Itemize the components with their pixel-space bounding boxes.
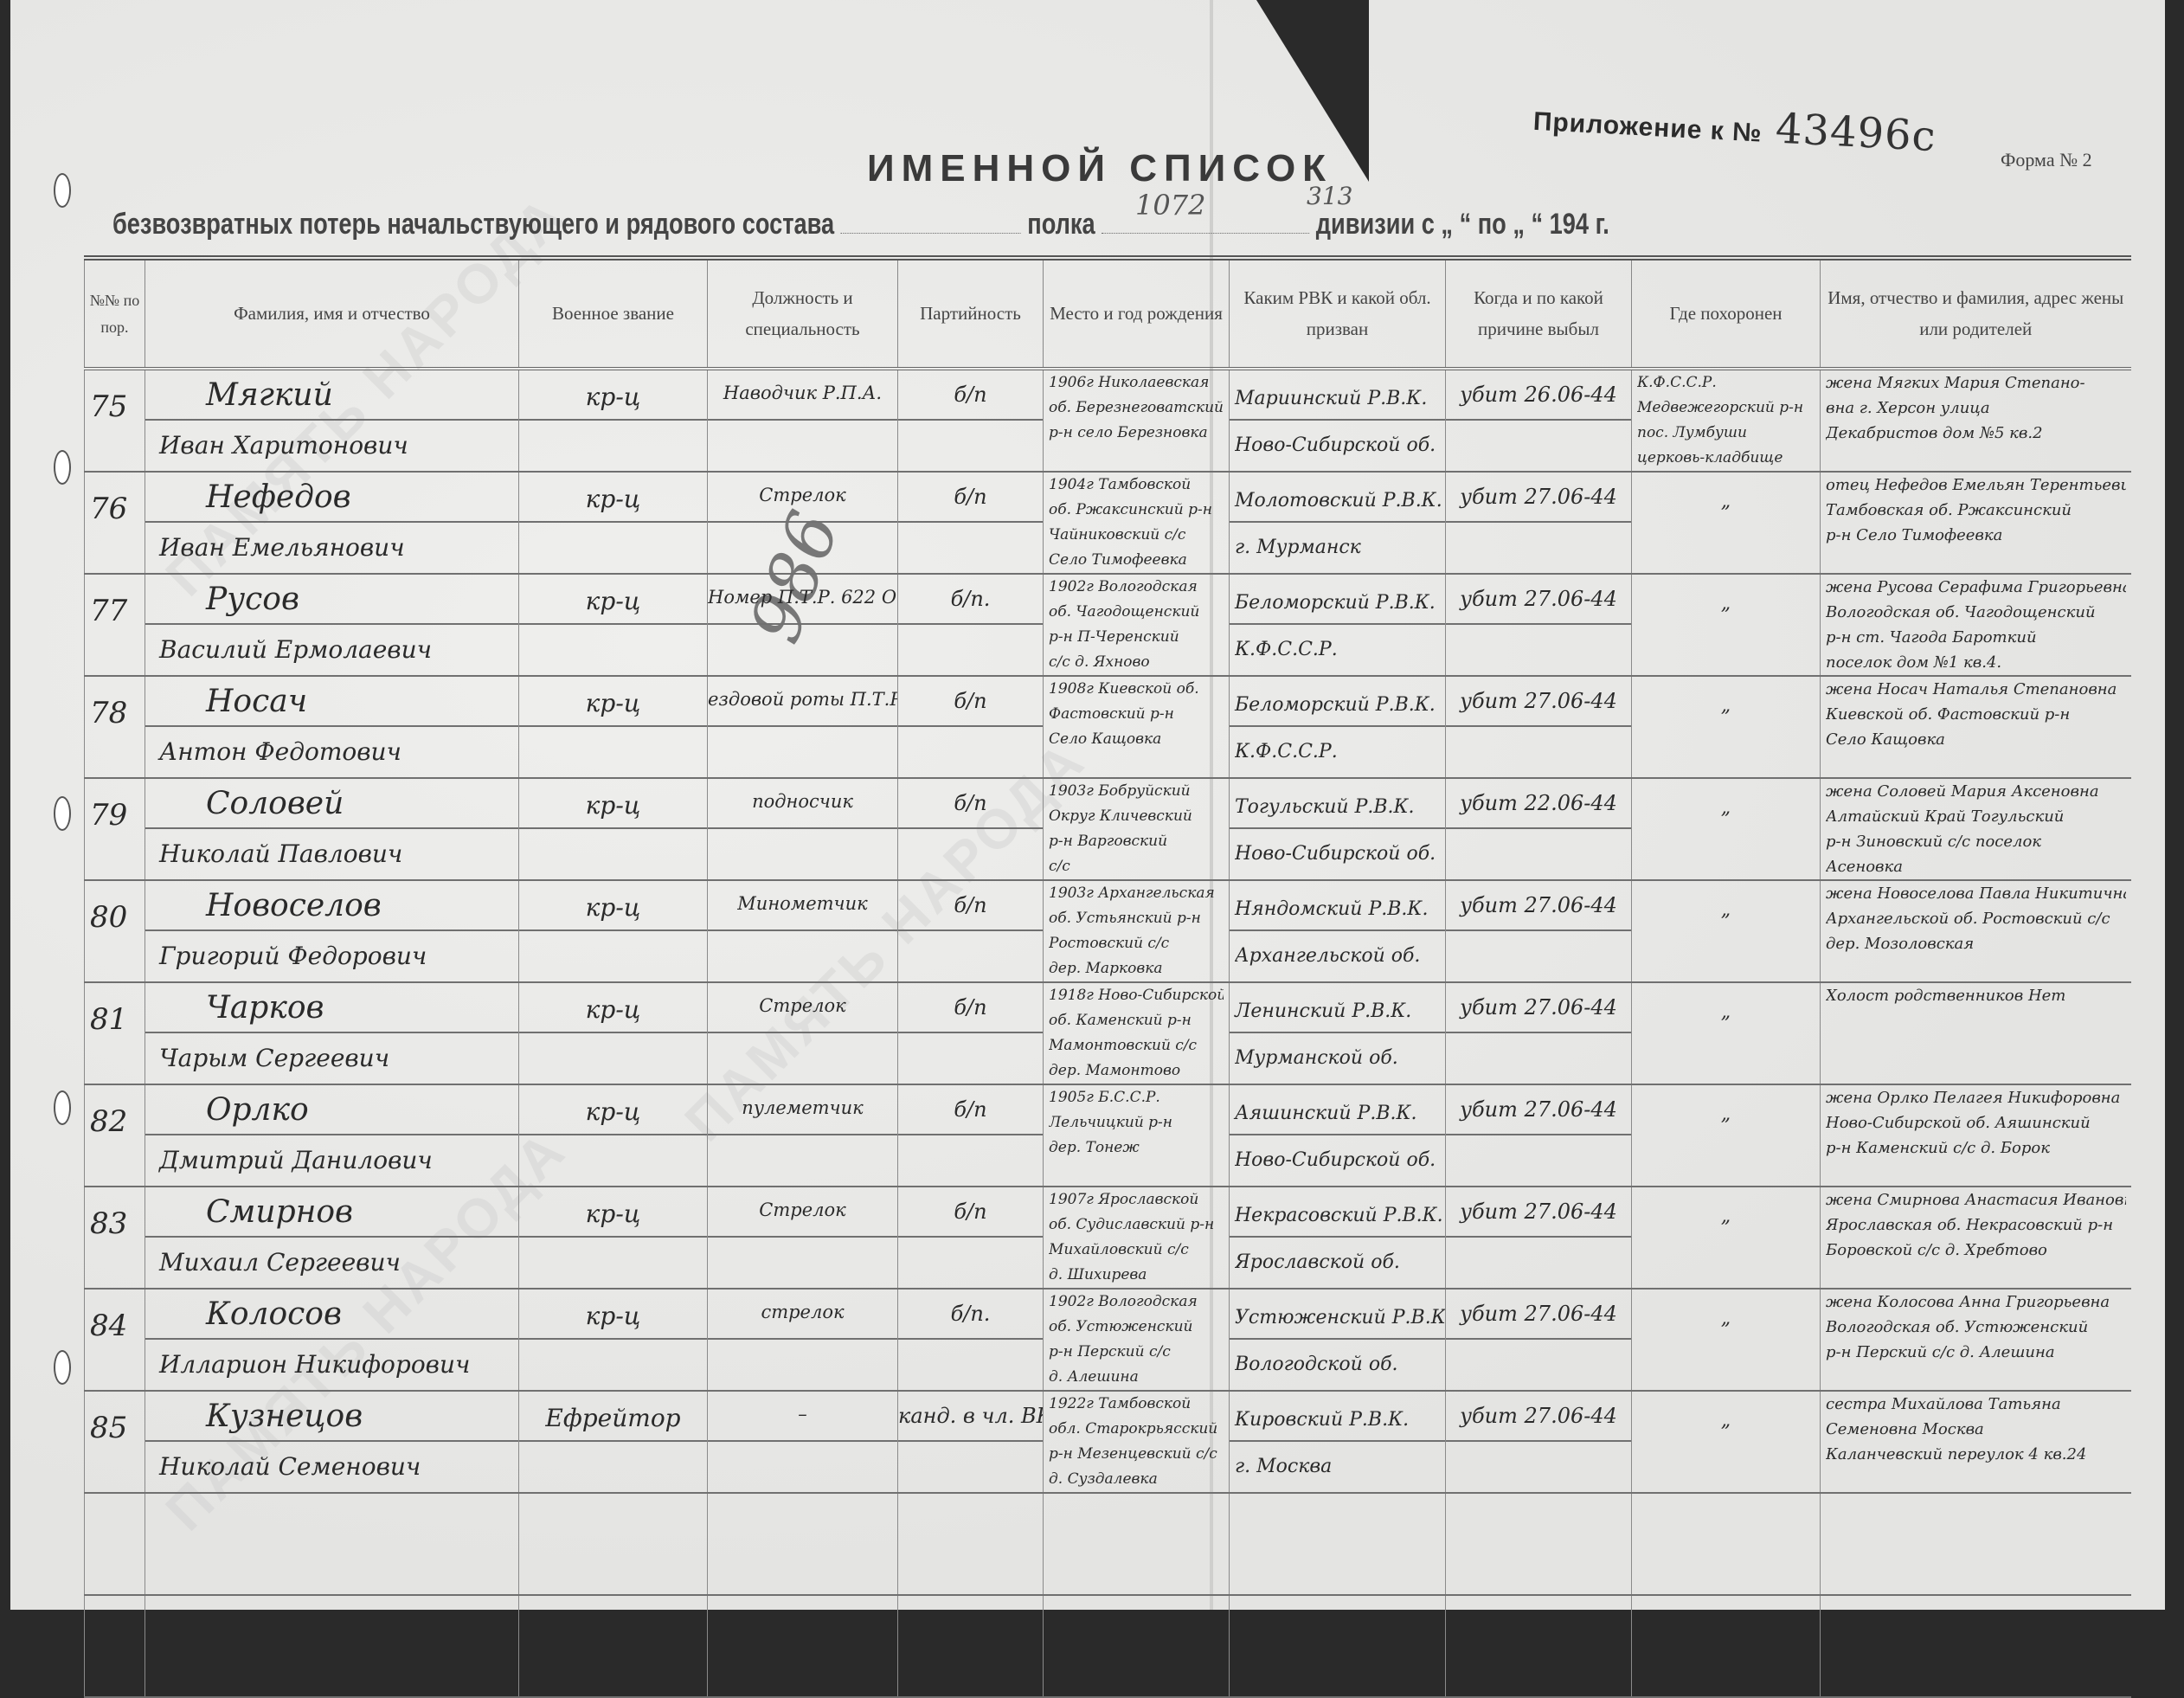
column-header-party: Партийность [898, 258, 1044, 369]
table-row: 80НовоселовГригорий Федоровичкр-цМиномет… [85, 880, 2131, 982]
birth-line: д. Суздалевка [1049, 1467, 1224, 1492]
table-row: 85КузнецовНиколай СеменовичЕфрейтор–канд… [85, 1391, 2131, 1493]
relative-line: р-н ст. Чагода Бароткий [1826, 625, 2126, 650]
position: ездовой роты П.Т.Р. [708, 677, 897, 727]
column-header-name: Фамилия, имя и отчество [145, 258, 519, 369]
death-reason-date: убит 27.06-44 [1446, 677, 1631, 727]
birth-line: Ростовский с/с [1049, 931, 1224, 956]
rvk-region: Ново-Сибирской об. [1235, 1135, 1440, 1171]
birth-line: Михайловский с/с [1049, 1238, 1224, 1263]
party-membership: б/п [898, 1187, 1043, 1238]
relatives-cell: жена Соловей Мария АксеновнаАлтайский Кр… [1821, 778, 2131, 880]
birth-line: дер. Марковка [1049, 956, 1224, 981]
burial-cell: „ [1632, 778, 1821, 880]
rank-cell: кр-ц [519, 1084, 708, 1187]
rvk-region: Ново-Сибирской об. [1235, 421, 1440, 456]
position-cell: Стрелок [708, 472, 898, 574]
burial-cell: „ [1632, 880, 1821, 982]
table-row: 76НефедовИван Емельяновичкр-цСтрелокб/п1… [85, 472, 2131, 574]
birth-line: д. Алешина [1049, 1365, 1224, 1390]
rvk-district: Некрасовский Р.В.К. [1230, 1187, 1445, 1238]
last-name: Мягкий [145, 370, 518, 421]
death-reason-date: убит 27.06-44 [1446, 1085, 1631, 1135]
relatives-cell: отец Нефедов Емельян ТерентьевичТамбовск… [1821, 472, 2131, 574]
birth-line: 1902г Вологодская [1049, 575, 1224, 600]
first-name-patronymic: Илларион Никифорович [151, 1340, 513, 1390]
relatives-cell: жена Смирнова Анастасия ИвановнаЯрославс… [1821, 1187, 2131, 1289]
column-header-contact: Имя, отчество и фамилия, адрес жены или … [1821, 258, 2131, 369]
relative-line: жена Мягких Мария Степано- [1826, 370, 2126, 396]
military-rank: кр-ц [519, 1187, 707, 1238]
birth-cell: 1903г БобруйскийОкруг Кличевскийр-н Варг… [1044, 778, 1230, 880]
relative-line: Архангельской об. Ростовский с/с [1826, 906, 2126, 931]
table-row: 84КолосовИлларион Никифоровичкр-цстрелок… [85, 1289, 2131, 1391]
birth-line: 1907г Ярославской [1049, 1187, 1224, 1212]
birth-line: Чайниковский с/с [1049, 523, 1224, 548]
relative-line: вна г. Херсон улица [1826, 396, 2126, 421]
relative-line: Асеновка [1826, 854, 2126, 879]
burial-cell: „ [1632, 1084, 1821, 1187]
position-cell: подносчик [708, 778, 898, 880]
rvk-cell: Тогульский Р.В.К.Ново-Сибирской об. [1230, 778, 1446, 880]
burial-line: К.Ф.С.С.Р. [1637, 370, 1815, 396]
empty-table-row [85, 1493, 2131, 1595]
rvk-cell: Устюженский Р.В.К.Вологодской об. [1230, 1289, 1446, 1391]
burial-cell: „ [1632, 1289, 1821, 1391]
birth-cell: 1905г Б.С.С.Р.Лельчицкий р-ндер. Тонеж [1044, 1084, 1230, 1187]
position-cell: Стрелок [708, 982, 898, 1084]
table-row: 81ЧарковЧарым Сергеевичкр-цСтрелокб/п191… [85, 982, 2131, 1084]
annex-stamp: Приложение к № 43496с [1532, 92, 1937, 161]
column-header-number: №№ по пор. [85, 258, 145, 369]
party-membership: б/п. [898, 1290, 1043, 1340]
archive-document-page: ПАМЯТЬ НАРОДА ПАМЯТЬ НАРОДА ПАМЯТЬ НАРОД… [10, 0, 2165, 1610]
rvk-region: г. Москва [1235, 1442, 1440, 1477]
position: подносчик [708, 779, 897, 829]
rvk-region: Ярославской об. [1235, 1238, 1440, 1273]
birth-line: об. Березнеговатский [1049, 396, 1224, 421]
reason-cell: убит 27.06-44 [1446, 1187, 1632, 1289]
party-membership: б/п [898, 881, 1043, 931]
military-rank: кр-ц [519, 983, 707, 1033]
birth-line: об. Устюженский [1049, 1315, 1224, 1340]
party-membership: б/п [898, 370, 1043, 421]
rvk-cell: Кировский Р.В.К.г. Москва [1230, 1391, 1446, 1493]
relative-line: жена Смирнова Анастасия Ивановна [1826, 1187, 2126, 1212]
rank-cell: кр-ц [519, 574, 708, 676]
ditto-mark: „ [1637, 1392, 1815, 1433]
party-cell: б/п [898, 1084, 1044, 1187]
full-name-cell: КузнецовНиколай Семенович [145, 1391, 519, 1493]
rank-cell: кр-ц [519, 472, 708, 574]
table-row: 75МягкийИван Харитоновичкр-цНаводчик Р.П… [85, 369, 2131, 472]
full-name-cell: МягкийИван Харитонович [145, 369, 519, 472]
first-name-patronymic: Иван Емельянович [151, 523, 513, 573]
relative-line: жена Соловей Мария Аксеновна [1826, 779, 2126, 804]
rvk-cell: Аяшинский Р.В.К.Ново-Сибирской об. [1230, 1084, 1446, 1187]
birth-line: р-н П-Черенский [1049, 625, 1224, 650]
position-cell: пулеметчик [708, 1084, 898, 1187]
relative-line: Ярославская об. Некрасовский р-н [1826, 1212, 2126, 1238]
relative-line: Алтайский Край Тогульский [1826, 804, 2126, 829]
military-rank: кр-ц [519, 575, 707, 625]
division-number: 313 [1307, 182, 1352, 210]
first-name-patronymic: Чарым Сергеевич [151, 1033, 513, 1084]
military-rank: кр-ц [519, 1085, 707, 1135]
rank-cell: кр-ц [519, 880, 708, 982]
position-cell: Наводчик Р.П.А. [708, 369, 898, 472]
reason-cell: убит 27.06-44 [1446, 676, 1632, 778]
birth-line: дер. Тонеж [1049, 1135, 1224, 1161]
column-header-birth: Место и год рождения [1044, 258, 1230, 369]
death-reason-date: убит 27.06-44 [1446, 575, 1631, 625]
burial-cell: „ [1632, 982, 1821, 1084]
full-name-cell: СоловейНиколай Павлович [145, 778, 519, 880]
burial-cell: „ [1632, 574, 1821, 676]
ditto-mark: „ [1637, 1085, 1815, 1127]
last-name: Русов [145, 575, 518, 625]
position-cell: Стрелок [708, 1187, 898, 1289]
reason-cell: убит 27.06-44 [1446, 1084, 1632, 1187]
relative-line: жена Новоселова Павла Никитична [1826, 881, 2126, 906]
party-membership: б/п. [898, 575, 1043, 625]
relative-line: сестра Михайлова Татьяна [1826, 1392, 2126, 1417]
birth-line: об. Судиславский р-н [1049, 1212, 1224, 1238]
reason-cell: убит 26.06-44 [1446, 369, 1632, 472]
death-reason-date: убит 27.06-44 [1446, 1290, 1631, 1340]
burial-cell: „ [1632, 1187, 1821, 1289]
relative-line: жена Колосова Анна Григорьевна [1826, 1290, 2126, 1315]
relative-line: жена Орлко Пелагея Никифоровна [1826, 1085, 2126, 1110]
row-number: 77 [85, 574, 145, 676]
birth-line: Лельчицкий р-н [1049, 1110, 1224, 1135]
table-header-row: №№ по пор. Фамилия, имя и отчество Военн… [85, 258, 2131, 369]
table-row: 83СмирновМихаил Сергеевичкр-цСтрелокб/п1… [85, 1187, 2131, 1289]
death-reason-date: убит 27.06-44 [1446, 1392, 1631, 1442]
party-cell: б/п [898, 369, 1044, 472]
full-name-cell: КолосовИлларион Никифорович [145, 1289, 519, 1391]
rank-cell: кр-ц [519, 676, 708, 778]
punch-hole [54, 796, 71, 831]
relatives-cell: жена Мягких Мария Степано-вна г. Херсон … [1821, 369, 2131, 472]
position-cell: стрелок [708, 1289, 898, 1391]
rvk-district: Няндомский Р.В.К. [1230, 881, 1445, 931]
annex-number: 43496с [1775, 105, 1937, 162]
ditto-mark: „ [1637, 779, 1815, 820]
party-cell: б/п [898, 472, 1044, 574]
military-rank: Ефрейтор [519, 1392, 707, 1442]
relative-line: дер. Мозоловская [1826, 931, 2126, 956]
row-number: 84 [85, 1289, 145, 1391]
punch-hole [54, 1090, 71, 1125]
birth-line: 1903г Бобруйский [1049, 779, 1224, 804]
row-number: 76 [85, 472, 145, 574]
birth-line: 1902г Вологодская [1049, 1290, 1224, 1315]
rank-cell: кр-ц [519, 982, 708, 1084]
birth-line: р-н село Березновка [1049, 421, 1224, 446]
rvk-district: Мариинский Р.В.К. [1230, 370, 1445, 421]
full-name-cell: НефедовИван Емельянович [145, 472, 519, 574]
relative-line: жена Русова Серафима Григорьевна [1826, 575, 2126, 600]
position-cell: – [708, 1391, 898, 1493]
relative-line: Семеновна Москва [1826, 1417, 2126, 1442]
ditto-mark: „ [1637, 983, 1815, 1025]
birth-line: 1922г Тамбовской [1049, 1392, 1224, 1417]
last-name: Чарков [145, 983, 518, 1033]
ditto-mark: „ [1637, 575, 1815, 616]
relative-line: Ново-Сибирской об. Аяшинский [1826, 1110, 2126, 1135]
party-membership: б/п [898, 677, 1043, 727]
birth-line: Село Кащовка [1049, 727, 1224, 752]
reason-cell: убит 27.06-44 [1446, 880, 1632, 982]
position: пулеметчик [708, 1085, 897, 1135]
position: Стрелок [708, 473, 897, 523]
rank-cell: Ефрейтор [519, 1391, 708, 1493]
document-subtitle: безвозвратных потерь начальствующего и р… [112, 208, 1609, 241]
rvk-region: Вологодской об. [1235, 1340, 1440, 1375]
birth-line: 1908г Киевской об. [1049, 677, 1224, 702]
ditto-mark: „ [1637, 1290, 1815, 1331]
empty-table-row [85, 1595, 2131, 1644]
rvk-district: Тогульский Р.В.К. [1230, 779, 1445, 829]
birth-line: р-н Перский с/с [1049, 1340, 1224, 1365]
rvk-region: Архангельской об. [1235, 931, 1440, 967]
column-header-position: Должность и специальность [708, 258, 898, 369]
party-membership: б/п [898, 983, 1043, 1033]
document-title: ИМЕННОЙ СПИСОК [867, 147, 1333, 190]
birth-line: р-н Мезенцевский с/с [1049, 1442, 1224, 1467]
first-name-patronymic: Василий Ермолаевич [151, 625, 513, 675]
reason-cell: убит 22.06-44 [1446, 778, 1632, 880]
relative-line: Вологодская об. Чагодощенский [1826, 600, 2126, 625]
first-name-patronymic: Григорий Федорович [151, 931, 513, 981]
rvk-cell: Некрасовский Р.В.К.Ярославской об. [1230, 1187, 1446, 1289]
party-cell: б/п [898, 676, 1044, 778]
last-name: Нефедов [145, 473, 518, 523]
position: Стрелок [708, 1187, 897, 1238]
military-rank: кр-ц [519, 881, 707, 931]
reason-cell: убит 27.06-44 [1446, 1289, 1632, 1391]
birth-line: дер. Мамонтово [1049, 1058, 1224, 1084]
last-name: Кузнецов [145, 1392, 518, 1442]
first-name-patronymic: Антон Федотович [151, 727, 513, 777]
rvk-region: К.Ф.С.С.Р. [1235, 727, 1440, 762]
birth-cell: 1908г Киевской об.Фастовский р-нСело Кащ… [1044, 676, 1230, 778]
birth-cell: 1902г Вологодскаяоб. Чагодощенскийр-н П-… [1044, 574, 1230, 676]
last-name: Орлко [145, 1085, 518, 1135]
death-reason-date: убит 27.06-44 [1446, 881, 1631, 931]
relative-line: Село Кащовка [1826, 727, 2126, 752]
relatives-cell: жена Русова Серафима ГригорьевнаВологодс… [1821, 574, 2131, 676]
ditto-mark: „ [1637, 677, 1815, 718]
relative-line: р-н Перский с/с д. Алешина [1826, 1340, 2126, 1365]
row-number: 82 [85, 1084, 145, 1187]
burial-cell: К.Ф.С.С.Р.Медвежегорский р-нпос. Лумбуши… [1632, 369, 1821, 472]
party-cell: б/п [898, 982, 1044, 1084]
punch-hole [54, 450, 71, 485]
row-number: 83 [85, 1187, 145, 1289]
birth-line: об. Каменский р-н [1049, 1008, 1224, 1033]
reason-cell: убит 27.06-44 [1446, 1391, 1632, 1493]
relatives-cell: жена Орлко Пелагея НикифоровнаНово-Сибир… [1821, 1084, 2131, 1187]
rvk-region: Мурманской об. [1235, 1033, 1440, 1069]
reason-cell: убит 27.06-44 [1446, 472, 1632, 574]
party-cell: б/п [898, 880, 1044, 982]
casualty-roster-table: №№ по пор. Фамилия, имя и отчество Военн… [84, 255, 2131, 1644]
regiment-number: 1072 [1135, 189, 1205, 222]
relatives-cell: жена Носач Наталья СтепановнаКиевской об… [1821, 676, 2131, 778]
rvk-cell: Няндомский Р.В.К.Архангельской об. [1230, 880, 1446, 982]
relative-line: Декабристов дом №5 кв.2 [1826, 421, 2126, 446]
burial-cell: „ [1632, 676, 1821, 778]
rvk-district: Устюженский Р.В.К. [1230, 1290, 1445, 1340]
death-reason-date: убит 27.06-44 [1446, 473, 1631, 523]
party-cell: канд. в чл. ВКП(б) [898, 1391, 1044, 1493]
death-reason-date: убит 22.06-44 [1446, 779, 1631, 829]
rvk-district: Беломорский Р.В.К. [1230, 677, 1445, 727]
punch-hole [54, 173, 71, 208]
birth-cell: 1902г Вологодскаяоб. Устюженскийр-н Перс… [1044, 1289, 1230, 1391]
column-header-rank: Военное звание [519, 258, 708, 369]
relative-line: Каланчевский переулок 4 кв.24 [1826, 1442, 2126, 1467]
rvk-district: Беломорский Р.В.К. [1230, 575, 1445, 625]
burial-line: Медвежегорский р-н [1637, 396, 1815, 421]
row-number: 75 [85, 369, 145, 472]
rank-cell: кр-ц [519, 1289, 708, 1391]
birth-line: Округ Кличевский [1049, 804, 1224, 829]
position: стрелок [708, 1290, 897, 1340]
full-name-cell: НовоселовГригорий Федорович [145, 880, 519, 982]
birth-line: 1904г Тамбовской [1049, 473, 1224, 498]
relative-line: р-н Каменский с/с д. Борок [1826, 1135, 2126, 1161]
rvk-region: г. Мурманск [1235, 523, 1440, 558]
burial-line: церковь-кладбище [1637, 446, 1815, 471]
party-cell: б/п. [898, 574, 1044, 676]
rvk-cell: Мариинский Р.В.К.Ново-Сибирской об. [1230, 369, 1446, 472]
first-name-patronymic: Николай Семенович [151, 1442, 513, 1492]
subtitle-text: безвозвратных потерь начальствующего и р… [112, 208, 834, 241]
row-number: 79 [85, 778, 145, 880]
row-number: 85 [85, 1391, 145, 1493]
position-cell: Минометчик [708, 880, 898, 982]
last-name: Смирнов [145, 1187, 518, 1238]
last-name: Колосов [145, 1290, 518, 1340]
birth-line: об. Чагодощенский [1049, 600, 1224, 625]
row-number: 80 [85, 880, 145, 982]
ditto-mark: „ [1637, 473, 1815, 514]
table-row: 82ОрлкоДмитрий Даниловичкр-цпулеметчикб/… [85, 1084, 2131, 1187]
table-row: 77РусовВасилий Ермолаевичкр-цНомер П.Т.Р… [85, 574, 2131, 676]
row-number: 81 [85, 982, 145, 1084]
military-rank: кр-ц [519, 1290, 707, 1340]
position: – [708, 1392, 897, 1442]
birth-cell: 1907г Ярославскойоб. Судиславский р-нМих… [1044, 1187, 1230, 1289]
relatives-cell: жена Колосова Анна ГригорьевнаВологодска… [1821, 1289, 2131, 1391]
last-name: Соловей [145, 779, 518, 829]
relative-line: отец Нефедов Емельян Терентьевич [1826, 473, 2126, 498]
party-cell: б/п [898, 778, 1044, 880]
full-name-cell: ЧарковЧарым Сергеевич [145, 982, 519, 1084]
death-reason-date: убит 27.06-44 [1446, 1187, 1631, 1238]
military-rank: кр-ц [519, 677, 707, 727]
first-name-patronymic: Иван Харитонович [151, 421, 513, 471]
last-name: Новоселов [145, 881, 518, 931]
table-row: 79СоловейНиколай Павловичкр-цподносчикб/… [85, 778, 2131, 880]
relative-line: жена Носач Наталья Степановна [1826, 677, 2126, 702]
military-rank: кр-ц [519, 473, 707, 523]
position: Минометчик [708, 881, 897, 931]
birth-line: р-н Варговский [1049, 829, 1224, 854]
death-reason-date: убит 26.06-44 [1446, 370, 1631, 421]
rvk-cell: Молотовский Р.В.К.г. Мурманск [1230, 472, 1446, 574]
full-name-cell: ОрлкоДмитрий Данилович [145, 1084, 519, 1187]
birth-cell: 1903г Архангельскаяоб. Устьянский р-нРос… [1044, 880, 1230, 982]
punch-hole [54, 1350, 71, 1385]
burial-cell: „ [1632, 1391, 1821, 1493]
table-row: 78НосачАнтон Федотовичкр-цездовой роты П… [85, 676, 2131, 778]
position: Стрелок [708, 983, 897, 1033]
relative-line: Холост родственников Нет [1826, 983, 2126, 1008]
subtitle-division-label: дивизии с „ “ по „ “ 194 г. [1316, 208, 1609, 241]
party-cell: б/п [898, 1187, 1044, 1289]
birth-line: 1903г Архангельская [1049, 881, 1224, 906]
birth-line: Мамонтовский с/с [1049, 1033, 1224, 1058]
burial-line: пос. Лумбуши [1637, 421, 1815, 446]
rvk-district: Аяшинский Р.В.К. [1230, 1085, 1445, 1135]
position: Наводчик Р.П.А. [708, 370, 897, 421]
relative-line: Вологодская об. Устюженский [1826, 1315, 2126, 1340]
rank-cell: кр-ц [519, 369, 708, 472]
rvk-region: К.Ф.С.С.Р. [1235, 625, 1440, 660]
column-header-buried: Где похоронен [1632, 258, 1821, 369]
full-name-cell: НосачАнтон Федотович [145, 676, 519, 778]
column-header-reason: Когда и по какой причине выбыл [1446, 258, 1632, 369]
military-rank: кр-ц [519, 779, 707, 829]
row-number: 78 [85, 676, 145, 778]
full-name-cell: РусовВасилий Ермолаевич [145, 574, 519, 676]
ditto-mark: „ [1637, 1187, 1815, 1229]
ditto-mark: „ [1637, 881, 1815, 923]
birth-cell: 1904г Тамбовскойоб. Ржаксинский р-нЧайни… [1044, 472, 1230, 574]
birth-line: обл. Старокрьясский [1049, 1417, 1224, 1442]
position: Номер П.Т.Р. 622 О.П.Т.Р.З.Б. [708, 575, 897, 625]
party-membership: б/п [898, 779, 1043, 829]
party-membership: канд. в чл. ВКП(б) [898, 1392, 1043, 1442]
relative-line: поселок дом №1 кв.4. [1826, 650, 2126, 675]
annex-stamp-text: Приложение к № [1532, 107, 1763, 148]
birth-line: об. Устьянский р-н [1049, 906, 1224, 931]
reason-cell: убит 27.06-44 [1446, 574, 1632, 676]
birth-line: д. Шихирева [1049, 1263, 1224, 1288]
birth-cell: 1906г Николаевскаяоб. Березнеговатскийр-… [1044, 369, 1230, 472]
rvk-district: Молотовский Р.В.К. [1230, 473, 1445, 523]
birth-line: 1918г Ново-Сибирской [1049, 983, 1224, 1008]
rvk-cell: Ленинский Р.В.К.Мурманской об. [1230, 982, 1446, 1084]
relatives-cell: Холост родственников Нет [1821, 982, 2131, 1084]
subtitle-regiment-label: полка [1027, 208, 1095, 241]
birth-line: с/с [1049, 854, 1224, 879]
birth-line: Село Тимофеевка [1049, 548, 1224, 573]
birth-line: 1906г Николаевская [1049, 370, 1224, 396]
death-reason-date: убит 27.06-44 [1446, 983, 1631, 1033]
birth-line: Фастовский р-н [1049, 702, 1224, 727]
party-membership: б/п [898, 473, 1043, 523]
relative-line: Боровской с/с д. Хребтово [1826, 1238, 2126, 1263]
rvk-cell: Беломорский Р.В.К.К.Ф.С.С.Р. [1230, 574, 1446, 676]
position-cell: ездовой роты П.Т.Р. [708, 676, 898, 778]
birth-line: об. Ржаксинский р-н [1049, 498, 1224, 523]
rank-cell: кр-ц [519, 778, 708, 880]
